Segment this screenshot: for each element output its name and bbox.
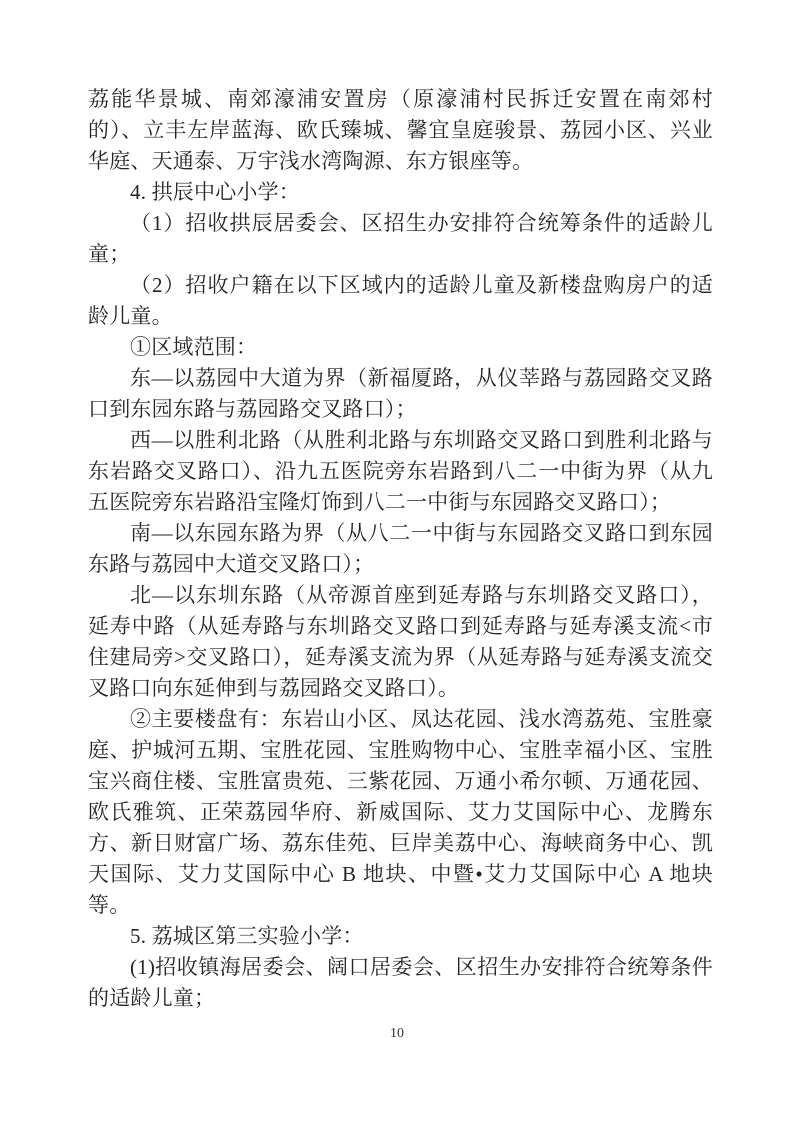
heading-school-4: 4. 拱辰中心小学：: [88, 177, 713, 208]
heading-school-5: 5. 荔城区第三实验小学：: [88, 921, 713, 952]
subheading-area-scope: ①区域范围：: [88, 332, 713, 363]
document-body: 荔能华景城、南郊濠浦安置房（原濠浦村民拆迁安置在南郊村的）、立丰左岸蓝海、欧氏臻…: [88, 84, 713, 1014]
paragraph-boundary-north: 北—以东圳东路（从帝源首座到延寿路与东圳路交叉路口），延寿中路（从延寿路与东圳路…: [88, 580, 713, 704]
paragraph-boundary-south: 南—以东园东路为界（从八二一中街与东园路交叉路口到东园东路与荔园中大道交叉路口）…: [88, 518, 713, 580]
paragraph-school-4-item-1: （1）招收拱辰居委会、区招生办安排符合统筹条件的适龄儿童；: [88, 208, 713, 270]
document-page: 荔能华景城、南郊濠浦安置房（原濠浦村民拆迁安置在南郊村的）、立丰左岸蓝海、欧氏臻…: [0, 0, 794, 1123]
paragraph-school-4-item-2: （2）招收户籍在以下区域内的适龄儿童及新楼盘购房户的适龄儿童。: [88, 270, 713, 332]
paragraph-boundary-west: 西—以胜利北路（从胜利北路与东圳路交叉路口到胜利北路与东岩路交叉路口）、沿九五医…: [88, 425, 713, 518]
page-number: 10: [0, 1026, 794, 1042]
paragraph-estate-list-continuation: 荔能华景城、南郊濠浦安置房（原濠浦村民拆迁安置在南郊村的）、立丰左岸蓝海、欧氏臻…: [88, 84, 713, 177]
paragraph-school-5-item-1: (1)招收镇海居委会、阔口居委会、区招生办安排符合统筹条件的适龄儿童；: [88, 952, 713, 1014]
paragraph-main-estates: ②主要楼盘有：东岩山小区、凤达花园、浅水湾荔苑、宝胜豪庭、护城河五期、宝胜花园、…: [88, 704, 713, 921]
paragraph-boundary-east: 东—以荔园中大道为界（新福厦路，从仪莘路与荔园路交叉路口到东园东路与荔园路交叉路…: [88, 363, 713, 425]
